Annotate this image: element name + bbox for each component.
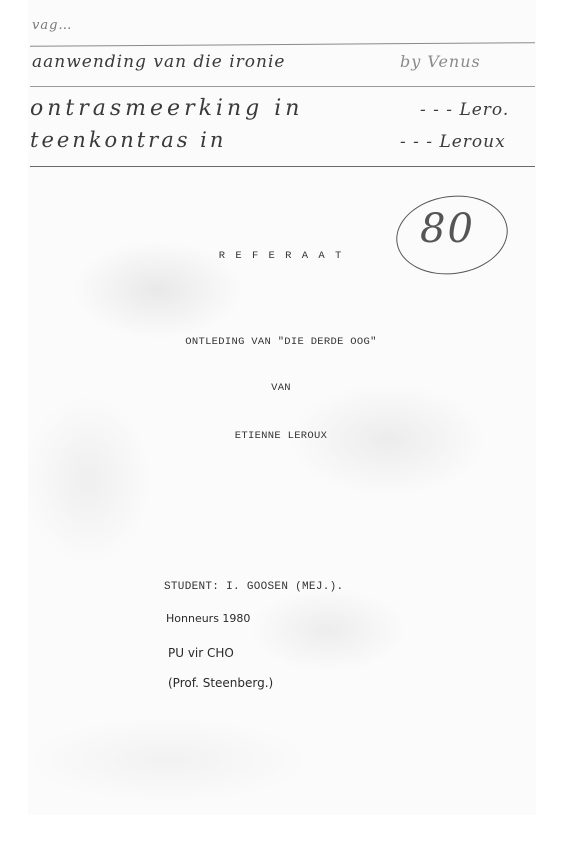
institution: PU vir CHO [168, 646, 234, 660]
scanned-page [28, 0, 536, 815]
handwriting-rule [30, 166, 535, 167]
handwritten-note-3: teenkontras in [30, 128, 226, 152]
student-name: STUDENT: I. GOOSEN (MEJ.). [164, 581, 343, 593]
handwritten-note-2-right: - - - Lero. [420, 100, 509, 120]
document-by: VAN [0, 382, 562, 394]
document-heading: R E F E R A A T [0, 250, 562, 262]
handwritten-note-1-right: by Venus [400, 52, 481, 71]
handwritten-note-1: aanwending van die ironie [32, 52, 285, 72]
handwritten-note-0: vag… [32, 18, 72, 33]
document-subtitle: ONTLEDING VAN "DIE DERDE OOG" [0, 336, 562, 348]
handwriting-rule [30, 86, 535, 87]
supervisor: (Prof. Steenberg.) [168, 676, 273, 690]
grade-value: 80 [420, 206, 475, 252]
course-year: Honneurs 1980 [166, 612, 250, 625]
handwritten-note-2: ontrasmeerking in [30, 96, 303, 121]
document-author: ETIENNE LEROUX [0, 430, 562, 442]
handwritten-note-3-right: - - - Leroux [400, 132, 506, 152]
